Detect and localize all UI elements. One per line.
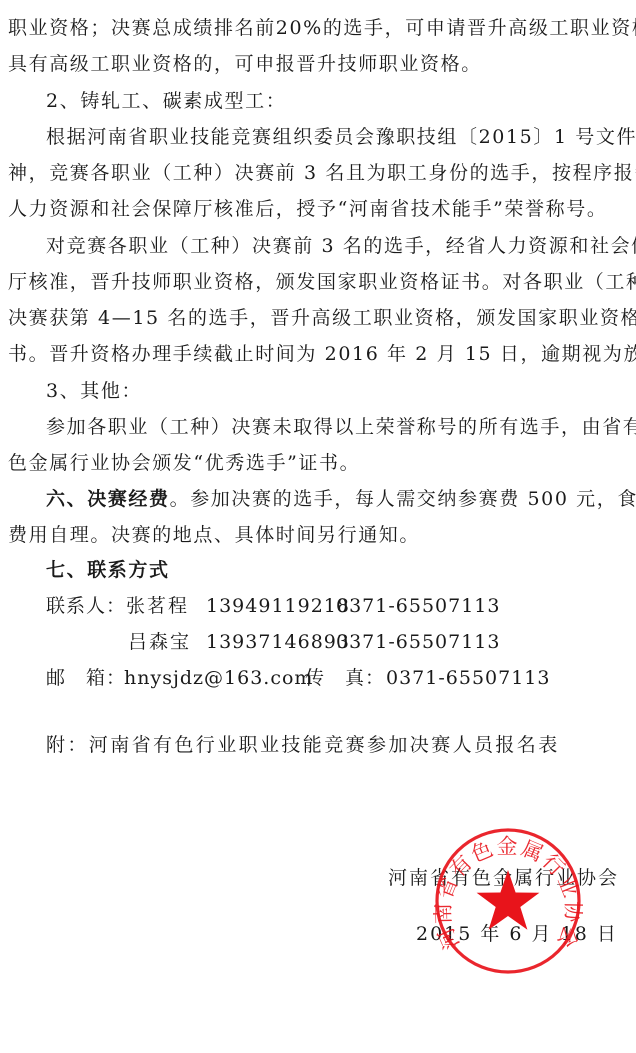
section-six-text: 。参加决赛的选手，每人需交纳参赛费 500 元，食宿: [170, 487, 636, 511]
paragraph-line: 根据河南省职业技能竞赛组织委员会豫职技组〔2015〕1 号文件精: [46, 125, 628, 149]
subheading-casting: 2、铸轧工、碳素成型工：: [46, 89, 628, 113]
email-value: hnysjdz@163.com: [124, 666, 313, 690]
paragraph-line: 厅核准，晋升技师职业资格，颁发国家职业资格证书。对各职业（工种）: [8, 270, 628, 294]
attachment-note: 附：河南省有色行业职业技能竞赛参加决赛人员报名表: [46, 733, 560, 757]
paragraph-line: 参加各职业（工种）决赛未取得以上荣誉称号的所有选手，由省有: [46, 415, 628, 439]
section-six: 六、决赛经费 。参加决赛的选手，每人需交纳参赛费 500 元，食宿: [46, 487, 628, 511]
contact-mobile: 13949119218: [206, 594, 350, 618]
paragraph-line: 人力资源和社会保障厅核准后，授予“河南省技术能手”荣誉称号。: [8, 197, 628, 221]
email-label: 邮 箱：: [46, 666, 126, 690]
contact-phone: 0371-65507113: [336, 630, 500, 654]
paragraph-line: 职业资格；决赛总成绩排名前20%的选手，可申请晋升高级工职业资格，已: [8, 16, 628, 40]
paragraph-line: 对竞赛各职业（工种）决赛前 3 名的选手，经省人力资源和社会保障: [46, 234, 628, 258]
official-seal-icon: 河南省有色金属行业协会: [433, 826, 583, 976]
document-page: 职业资格；决赛总成绩排名前20%的选手，可申请晋升高级工职业资格，已 具有高级工…: [0, 0, 636, 1053]
contact-row-1: 联系人：张茗程: [46, 594, 189, 618]
paragraph-line: 决赛获第 4—15 名的选手，晋升高级工职业资格，颁发国家职业资格证: [8, 306, 628, 330]
section-six-title: 六、决赛经费: [46, 487, 170, 511]
contact-name: 吕森宝: [128, 630, 191, 654]
contact-name: 张茗程: [126, 595, 189, 617]
paragraph-line: 书。晋升资格办理手续截止时间为 2016 年 2 月 15 日，逾期视为放弃。: [8, 342, 628, 366]
signature-date: 2015 年 6 月 18 日: [416, 922, 618, 946]
signature-organization: 河南省有色金属行业协会: [388, 866, 619, 890]
paragraph-line: 神，竞赛各职业（工种）决赛前 3 名且为职工身份的选手，按程序报省: [8, 161, 628, 185]
section-seven-title: 七、联系方式: [46, 558, 628, 582]
paragraph-line: 费用自理。决赛的地点、具体时间另行通知。: [8, 523, 628, 547]
fax-value: 0371-65507113: [386, 666, 550, 690]
paragraph-line: 具有高级工职业资格的，可申报晋升技师职业资格。: [8, 52, 628, 76]
paragraph-line: 色金属行业协会颁发“优秀选手”证书。: [8, 451, 628, 475]
subheading-other: 3、其他：: [46, 379, 628, 403]
contact-mobile: 13937146893: [206, 630, 350, 654]
fax-label: 传 真：: [305, 666, 385, 690]
contact-label: 联系人：: [46, 595, 126, 617]
contact-phone: 0371-65507113: [336, 594, 500, 618]
